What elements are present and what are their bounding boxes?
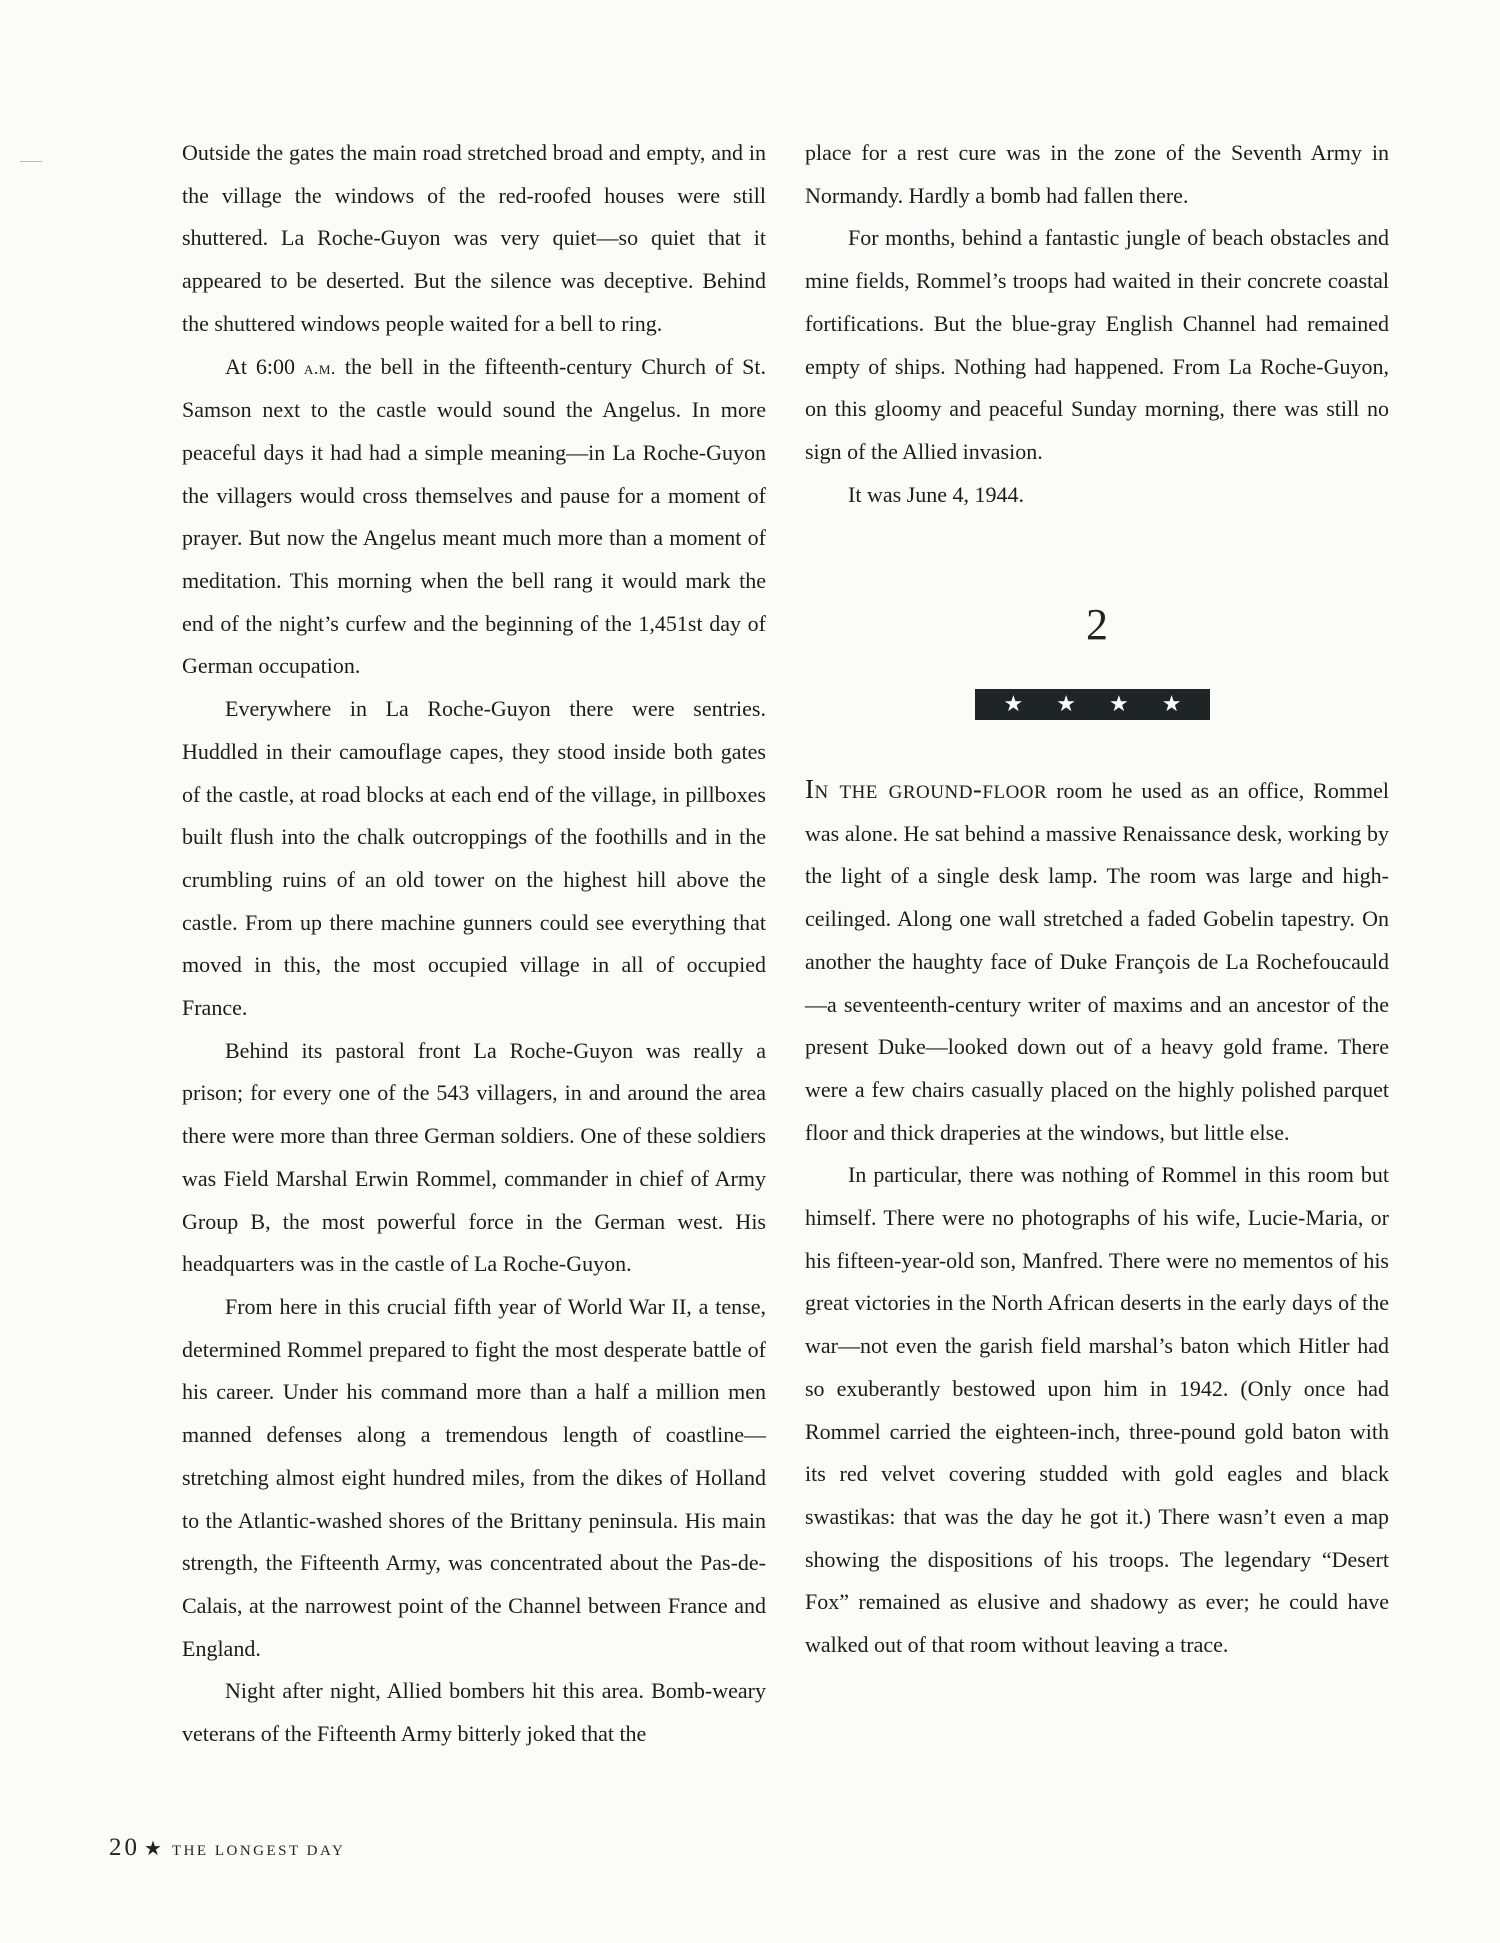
paragraph: In particular, there was nothing of Romm… [805, 1154, 1389, 1666]
page-footer: 20 ★ The Longest Day [109, 1834, 345, 1862]
star-icon: ★ [1004, 692, 1024, 717]
star-icon: ★ [1109, 692, 1129, 717]
chapter-number: 2 [805, 600, 1389, 650]
paragraph: Outside the gates the main road stretche… [182, 132, 766, 346]
paragraph: Night after night, Allied bombers hit th… [182, 1670, 766, 1755]
page-number: 20 [109, 1834, 140, 1862]
running-title: The Longest Day [172, 1843, 345, 1860]
paragraph: Everywhere in La Roche-Guyon there were … [182, 688, 766, 1030]
paragraph: From here in this crucial fifth year of … [182, 1286, 766, 1670]
right-column-chapter: In the ground-floor room he used as an o… [805, 768, 1389, 1667]
star-icon: ★ [1056, 692, 1076, 717]
paragraph: Behind its pastoral front La Roche-Guyon… [182, 1030, 766, 1286]
lead-in: In the ground-floor [805, 774, 1047, 804]
paragraph: For months, behind a fantastic jungle of… [805, 217, 1389, 473]
left-column: Outside the gates the main road stretche… [182, 132, 766, 1756]
paragraph: At 6:00 a.m. the bell in the fifteenth-c… [182, 346, 766, 689]
star-icon: ★ [1162, 692, 1182, 717]
paragraph: It was June 4, 1944. [805, 474, 1389, 517]
time-suffix: a.m. [304, 358, 336, 378]
star-ornament: ★ ★ ★ ★ [975, 689, 1210, 720]
right-column-top: place for a rest cure was in the zone of… [805, 132, 1389, 516]
margin-mark [20, 161, 42, 162]
star-icon: ★ [144, 1836, 162, 1860]
paragraph: place for a rest cure was in the zone of… [805, 132, 1389, 217]
chapter-lead-paragraph: In the ground-floor room he used as an o… [805, 768, 1389, 1154]
